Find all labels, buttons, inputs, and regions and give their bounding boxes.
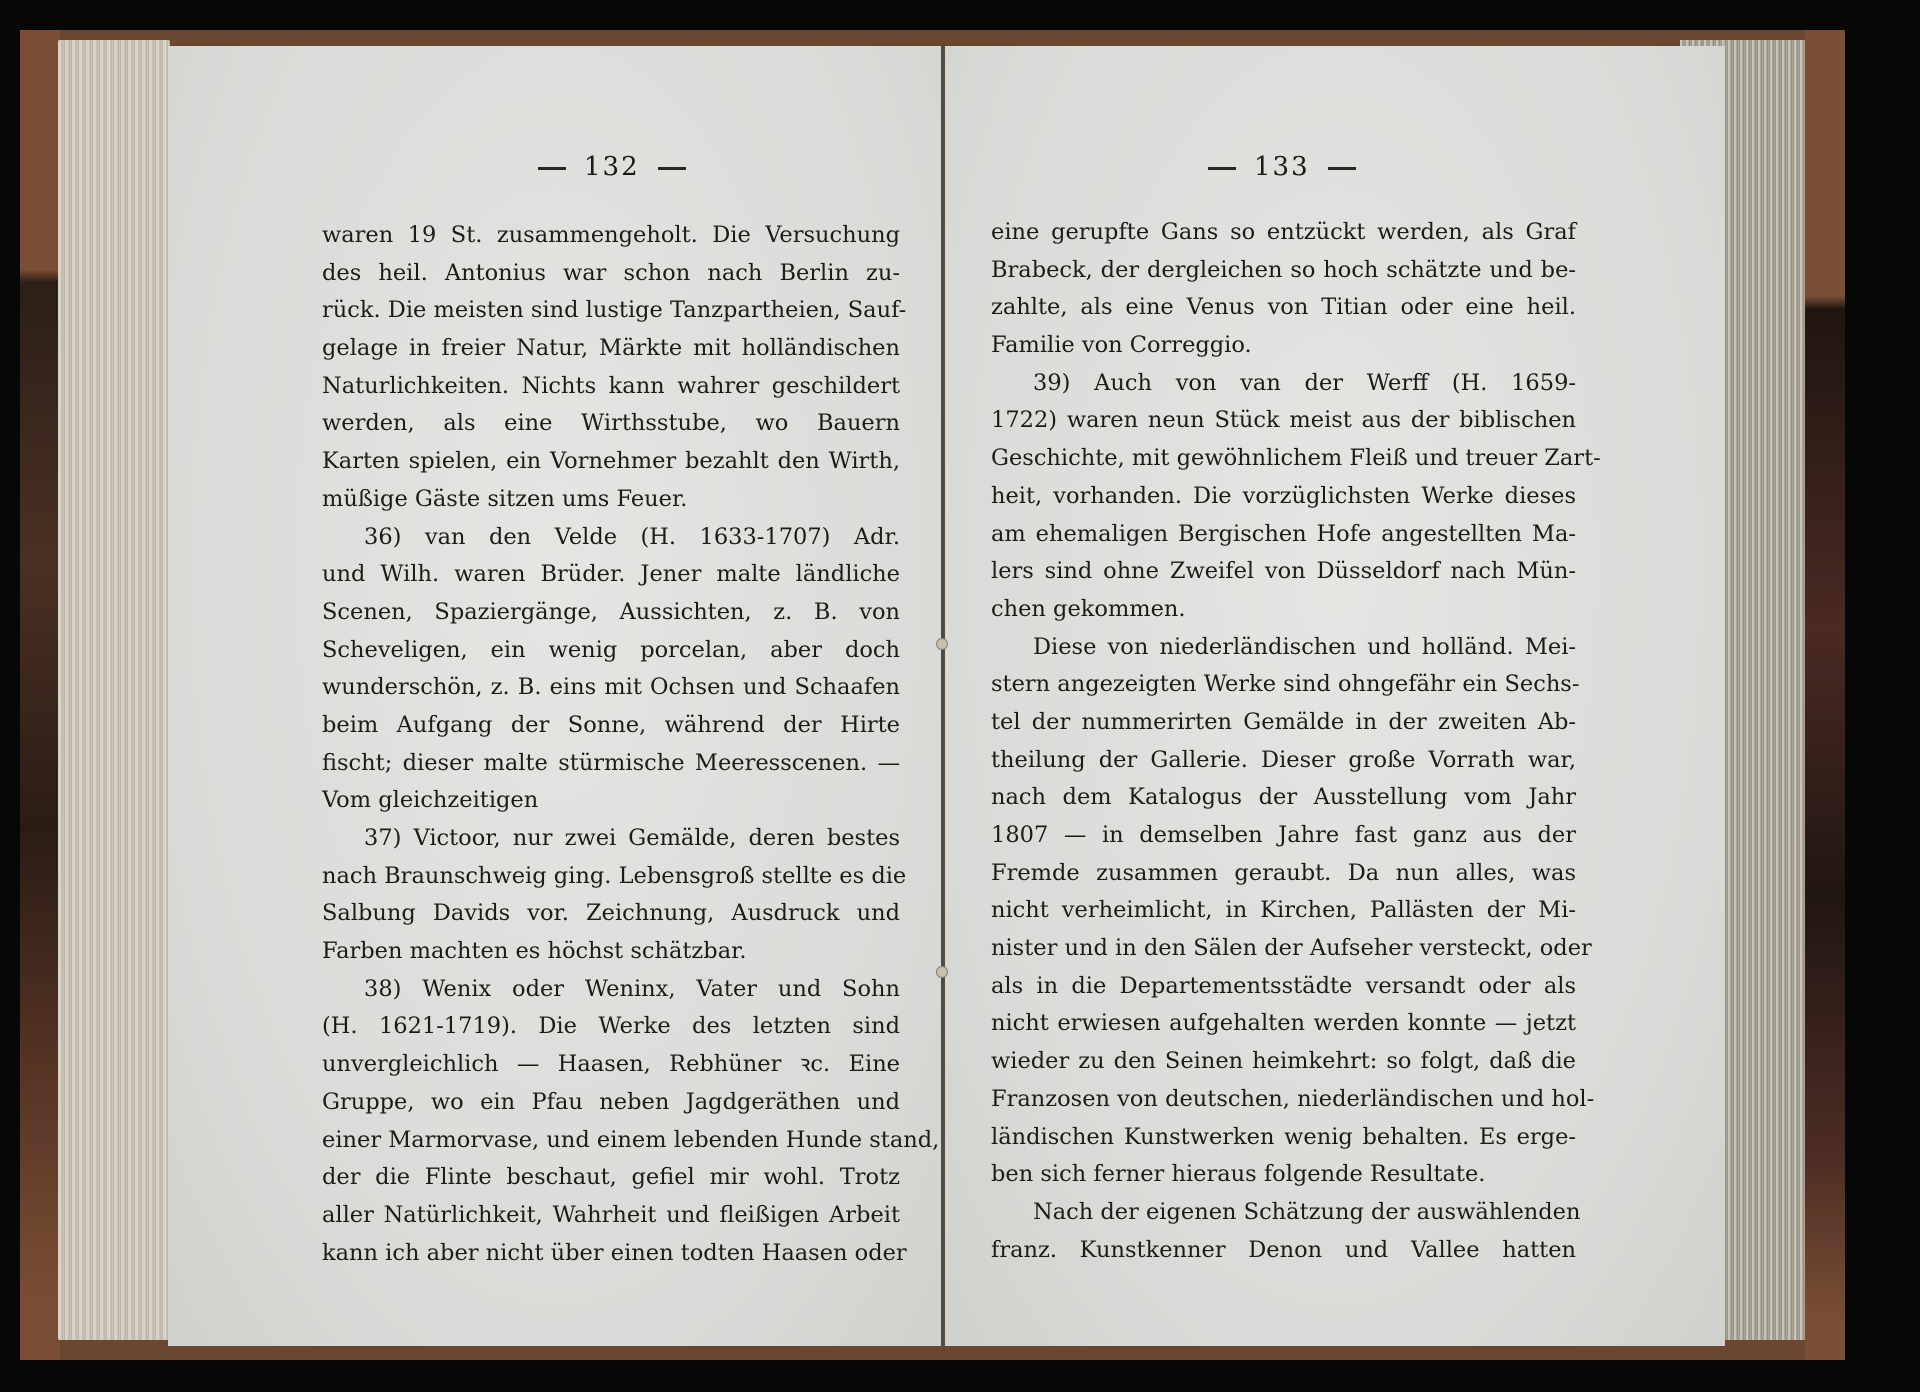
text-line: wunderschön, z. B. eins mit Ochsen und S… [322, 669, 900, 707]
cover-marbled-edge-right [1805, 30, 1845, 1360]
text-line: und Wilh. waren Brüder. Jener malte länd… [322, 556, 900, 594]
text-line: stern angezeigten Werke sind ohngefähr e… [991, 666, 1576, 704]
text-line: Franzosen von deutschen, niederländische… [991, 1081, 1576, 1119]
binding-stitch [936, 638, 948, 650]
text-line: 1807 — in demselben Jahre fast ganz aus … [991, 817, 1576, 855]
text-line: Nach der eigenen Schätzung der auswählen… [991, 1194, 1576, 1232]
text-line: Vom gleichzeitigen [322, 782, 900, 820]
text-line: ben sich ferner hieraus folgende Resulta… [991, 1156, 1576, 1194]
folio-dash [1208, 167, 1236, 170]
text-line: aller Natürlichkeit, Wahrheit und fleißi… [322, 1197, 900, 1235]
text-line: werden, als eine Wirthsstube, wo Bauern [322, 405, 900, 443]
text-line: theilung der Gallerie. Dieser große Vorr… [991, 742, 1576, 780]
text-line: kann ich aber nicht über einen todten Ha… [322, 1235, 900, 1273]
left-page-text: waren 19 St. zusammengeholt. Die Versuch… [322, 217, 900, 1272]
text-line: am ehemaligen Bergischen Hofe angestellt… [991, 516, 1576, 554]
page-number-right: 133 [1190, 152, 1374, 182]
text-line: nach dem Katalogus der Ausstellung vom J… [991, 779, 1576, 817]
text-line: heit, vorhanden. Die vorzüglichsten Werk… [991, 478, 1576, 516]
text-line: unvergleichlich — Haasen, Rebhüner ꝛc. E… [322, 1046, 900, 1084]
text-line: Scheveligen, ein wenig porcelan, aber do… [322, 632, 900, 670]
text-line: nach Braunschweig ging. Lebensgroß stell… [322, 858, 900, 896]
text-line: Naturlichkeiten. Nichts kann wahrer gesc… [322, 368, 900, 406]
folio-dash [658, 167, 686, 170]
text-line: 37) Victoor, nur zwei Gemälde, deren bes… [322, 820, 900, 858]
text-line: der die Flinte beschaut, gefiel mir wohl… [322, 1159, 900, 1197]
cover-marbled-edge-left [20, 30, 60, 1360]
text-line: tel der nummerirten Gemälde in der zweit… [991, 704, 1576, 742]
text-line: franz. Kunstkenner Denon und Vallee hatt… [991, 1232, 1576, 1270]
page-number-left: 132 [520, 152, 704, 182]
text-line: 36) van den Velde (H. 1633-1707) Adr. [322, 519, 900, 557]
text-line: wieder zu den Seinen heimkehrt: so folgt… [991, 1043, 1576, 1081]
binding-stitch [936, 966, 948, 978]
text-line: (H. 1621-1719). Die Werke des letzten si… [322, 1008, 900, 1046]
text-line: ländischen Kunstwerken wenig behalten. E… [991, 1119, 1576, 1157]
text-line: chen gekommen. [991, 591, 1576, 629]
text-line: nicht verheimlicht, in Kirchen, Palläste… [991, 892, 1576, 930]
text-line: als in die Departementsstädte versandt o… [991, 968, 1576, 1006]
text-line: Karten spielen, ein Vornehmer bezahlt de… [322, 443, 900, 481]
text-line: Salbung Davids vor. Zeichnung, Ausdruck … [322, 895, 900, 933]
book-gutter [941, 46, 944, 1346]
text-line: Familie von Correggio. [991, 327, 1576, 365]
text-line: Geschichte, mit gewöhnlichem Fleiß und t… [991, 440, 1576, 478]
right-page-text: eine gerupfte Gans so entzückt werden, a… [991, 214, 1576, 1269]
text-line: zahlte, als eine Venus von Titian oder e… [991, 289, 1576, 327]
text-line: 1722) waren neun Stück meist aus der bib… [991, 402, 1576, 440]
text-line: eine gerupfte Gans so entzückt werden, a… [991, 214, 1576, 252]
text-line: 39) Auch von van der Werff (H. 1659- [991, 365, 1576, 403]
text-line: des heil. Antonius war schon nach Berlin… [322, 255, 900, 293]
folio-dash [1328, 167, 1356, 170]
text-line: Diese von niederländischen und holländ. … [991, 629, 1576, 667]
text-line: nister und in den Sälen der Aufseher ver… [991, 930, 1576, 968]
text-line: nicht erwiesen aufgehalten werden konnte… [991, 1005, 1576, 1043]
text-line: fischt; dieser malte stürmische Meeressc… [322, 745, 900, 783]
text-line: Farben machten es höchst schätzbar. [322, 933, 900, 971]
text-line: müßige Gäste sitzen ums Feuer. [322, 481, 900, 519]
text-line: einer Marmorvase, und einem lebenden Hun… [322, 1122, 900, 1160]
text-line: Brabeck, der dergleichen so hoch schätzt… [991, 252, 1576, 290]
text-line: rück. Die meisten sind lustige Tanzparth… [322, 292, 900, 330]
text-line: beim Aufgang der Sonne, während der Hirt… [322, 707, 900, 745]
text-line: gelage in freier Natur, Märkte mit hollä… [322, 330, 900, 368]
folio-dash [538, 167, 566, 170]
text-line: Scenen, Spaziergänge, Aussichten, z. B. … [322, 594, 900, 632]
text-line: waren 19 St. zusammengeholt. Die Versuch… [322, 217, 900, 255]
text-line: 38) Wenix oder Weninx, Vater und Sohn [322, 971, 900, 1009]
text-line: Fremde zusammen geraubt. Da nun alles, w… [991, 855, 1576, 893]
text-line: lers sind ohne Zweifel von Düsseldorf na… [991, 553, 1576, 591]
text-line: Gruppe, wo ein Pfau neben Jagdgeräthen u… [322, 1084, 900, 1122]
page-edges-left [58, 40, 170, 1340]
